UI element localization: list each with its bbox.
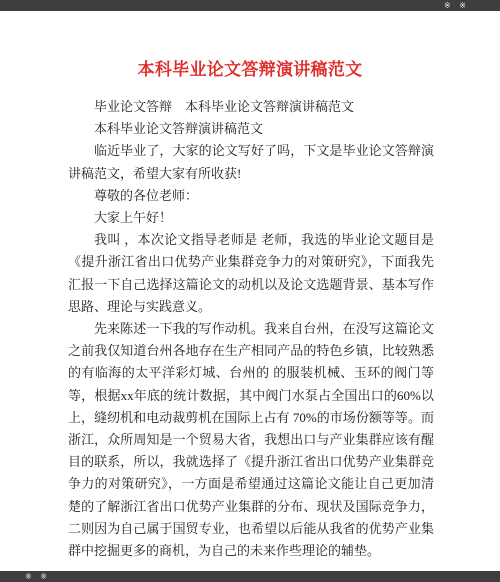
paragraph: 临近毕业了，大家的论文写好了吗，下文是毕业论文答辩演讲稿范文，希望大家有所收获!: [68, 140, 434, 184]
page-title: 本科毕业论文答辩演讲稿范文: [0, 55, 500, 80]
paragraph: 大家上午好！: [68, 207, 434, 229]
reference-marks-icon: ※ ※: [444, 1, 469, 10]
document-body: 毕业论文答辩 本科毕业论文答辩演讲稿范文 本科毕业论文答辩演讲稿范文 临近毕业了…: [68, 96, 434, 562]
paragraph: 毕业论文答辩 本科毕业论文答辩演讲稿范文: [68, 96, 434, 118]
reference-marks-icon: ※ ※: [25, 572, 50, 581]
paragraph: 尊敬的各位老师：: [68, 185, 434, 207]
viewer-top-bar: ※ ※: [0, 0, 500, 11]
paragraph: 先来陈述一下我的写作动机。我来自台州，在没写这篇论文之前我仅知道台州各地存在生产…: [68, 318, 434, 562]
viewer-bottom-bar: ※ ※: [0, 571, 500, 582]
paragraph: 我叫 ，本次论文指导老师是 老师，我选的毕业论文题目是《提升浙江省出口优势产业集…: [68, 229, 434, 318]
paragraph: 本科毕业论文答辩演讲稿范文: [68, 118, 434, 140]
